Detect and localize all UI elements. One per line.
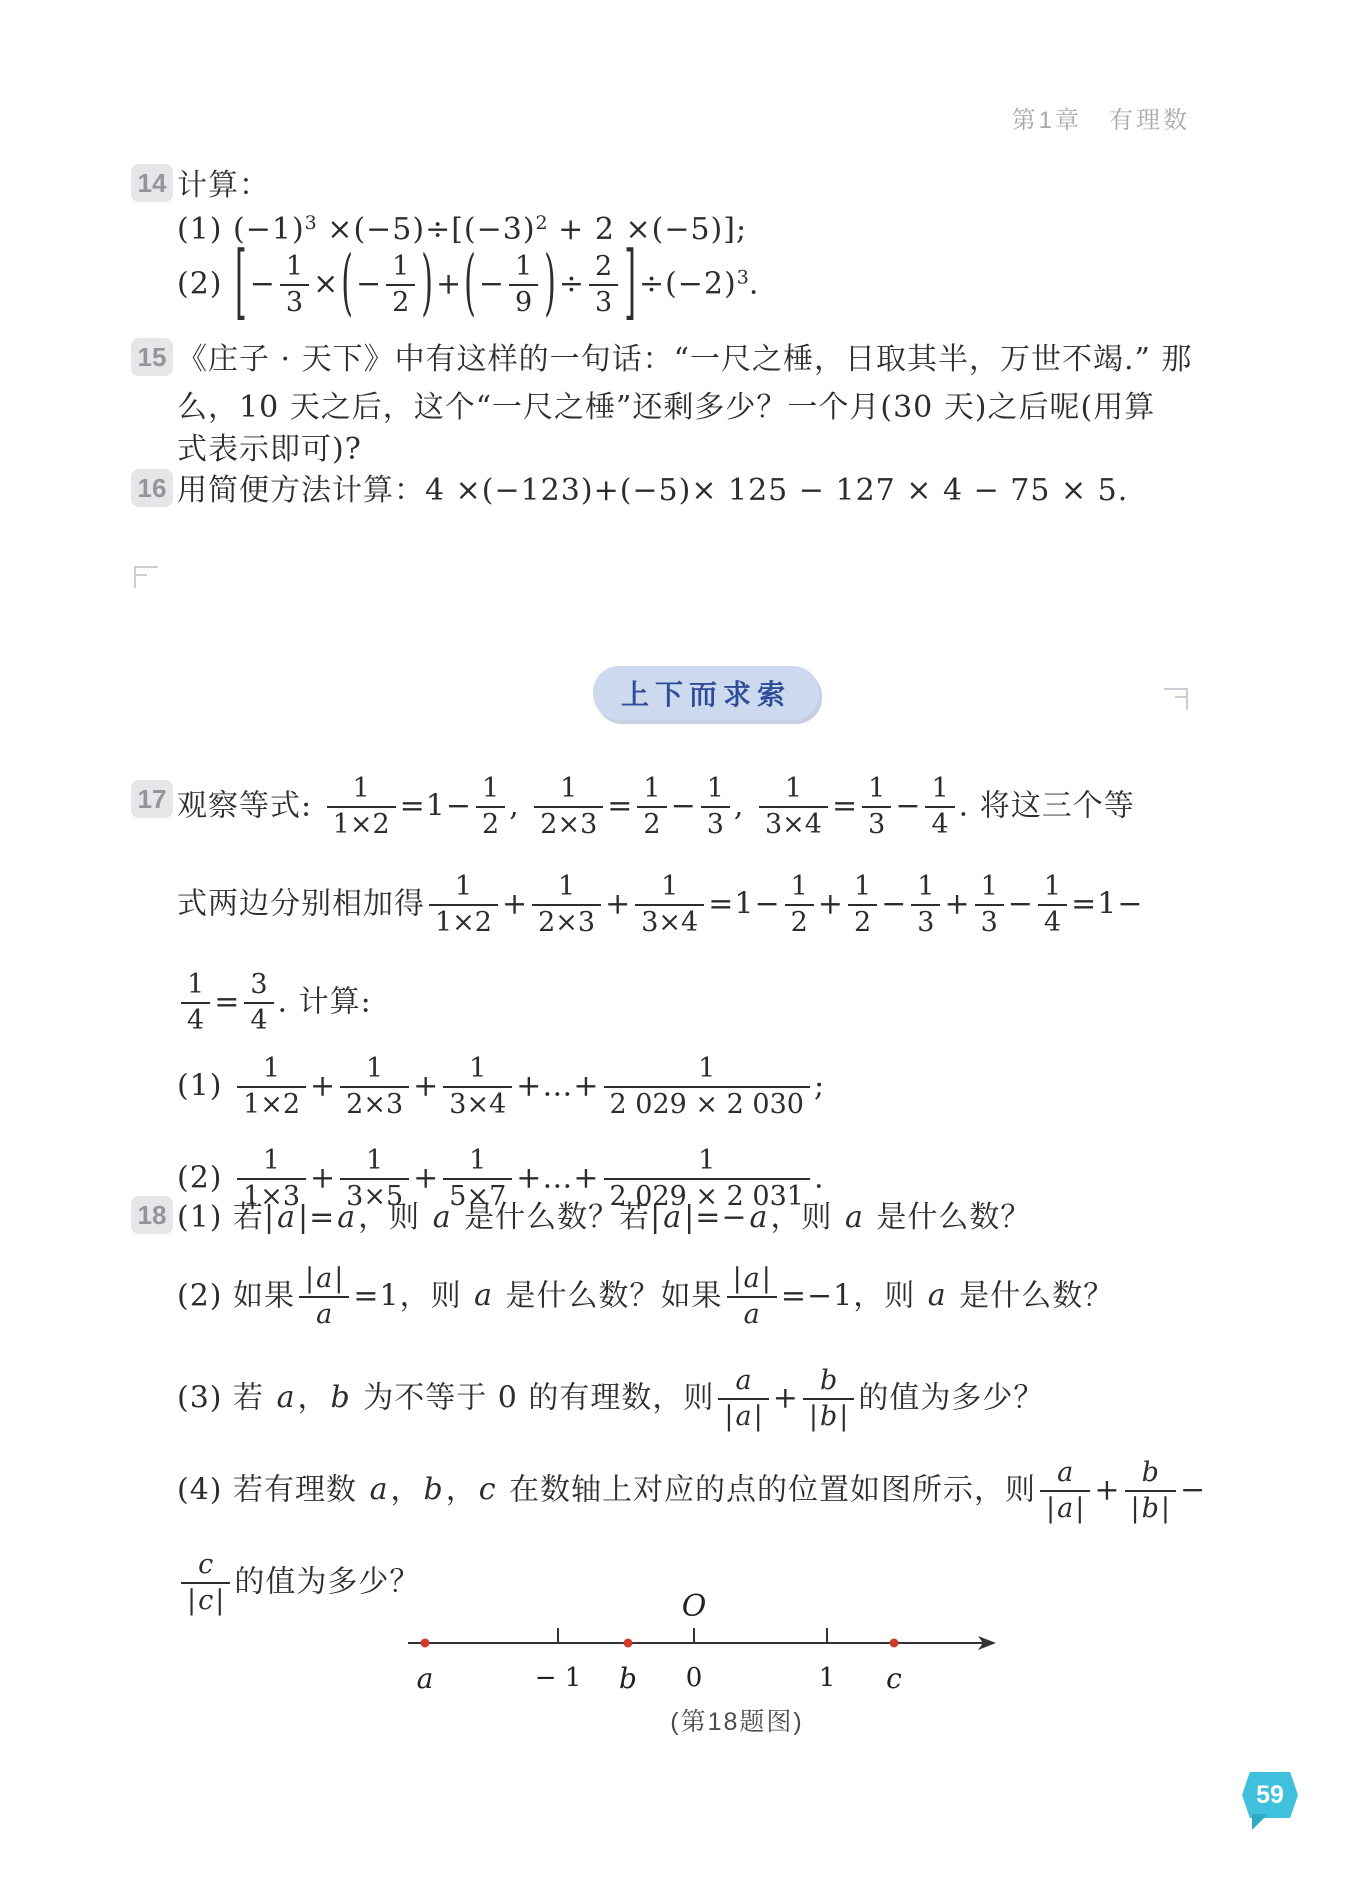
origin-label: O [682,1589,707,1624]
problem-16-number: 16 [131,469,173,507]
problem-18-item-4-line-2: c|c|的值为多少？ [177,1548,420,1619]
point-a-label: a [417,1662,434,1695]
problem-17-line-3: 14=34. 计算: [177,968,372,1039]
chapter-header: 第1章 有理数 [1012,100,1190,135]
page-number-badge: 59 [1242,1772,1298,1818]
problem-15-line-1: 《庄子 · 天下》中有这样的一句话：“一尺之棰，日取其半，万世不竭.” 那 [177,340,1192,381]
problem-16-line: 用简便方法计算：4 ×(−123)+(−5)× 125 − 127 × 4 − … [177,471,1128,512]
point-b-label: b [619,1662,637,1695]
problem-15-line-2: 么，10 天之后，这个“一尺之棰”还剩多少？一个月(30 天)之后呢(用算 [177,388,1155,429]
problem-18-number: 18 [131,1196,173,1234]
point-c-label: c [886,1662,902,1695]
problem-15-line-3: 式表示即可)? [177,430,362,471]
problem-14-title: 计算： [177,166,270,207]
point-b-dot [624,1639,633,1648]
problem-18-item-1: (1) 若|a|=a，则 a 是什么数？若|a|=−a，则 a 是什么数？ [177,1198,1031,1239]
point-a-dot [421,1639,430,1648]
number-line-figure: O a − 1 b 0 1 c [400,1586,1010,1698]
problem-14-item-1: (1) (−1)3 ×(−5)÷[(−3)2 + 2 ×(−5)]; [177,210,747,251]
problem-17-number: 17 [131,780,173,818]
tick-label-minus1: − 1 [535,1663,582,1693]
section-divider-badge: 上下而求索 [593,666,819,720]
problem-18-item-3: (3) 若 a，b 为不等于 0 的有理数，则a|a|+b|b|的值为多少？ [177,1364,1044,1435]
margin-mark-left-icon [134,566,158,588]
problem-18-item-4-line-1: (4) 若有理数 a，b，c 在数轴上对应的点的位置如图所示，则a|a|+b|b… [177,1456,1206,1527]
problem-14-item-2: (2) [−13×(−12)+(−19)÷23]÷(−2)3. [177,250,759,321]
problem-14-number: 14 [131,164,173,202]
textbook-page: 第1章 有理数 14 计算： (1) (−1)3 ×(−5)÷[(−3)2 + … [0,0,1353,1885]
page-number-badge-tail [1252,1814,1268,1830]
figure-caption: (第18题图) [437,1702,1037,1738]
tick-label-zero: 0 [686,1663,703,1693]
tick-label-one: 1 [819,1663,836,1693]
margin-mark-right-icon [1164,688,1188,710]
problem-18-item-2: (2) 如果|a|a=1，则 a 是什么数？如果|a|a=−1，则 a 是什么数… [177,1262,1114,1333]
problem-15-number: 15 [131,338,173,376]
problem-17-line-1: 观察等式: 11×2=1−12, 12×3=12−13, 13×4=13−14.… [177,772,1135,843]
problem-17-item-1: (1) 11×2+12×3+13×4+…+12 029 × 2 030; [177,1052,825,1123]
problem-17-line-2: 式两边分别相加得11×2+12×3+13×4=1−12+12−13+13−14=… [177,870,1143,941]
point-c-dot [890,1639,899,1648]
